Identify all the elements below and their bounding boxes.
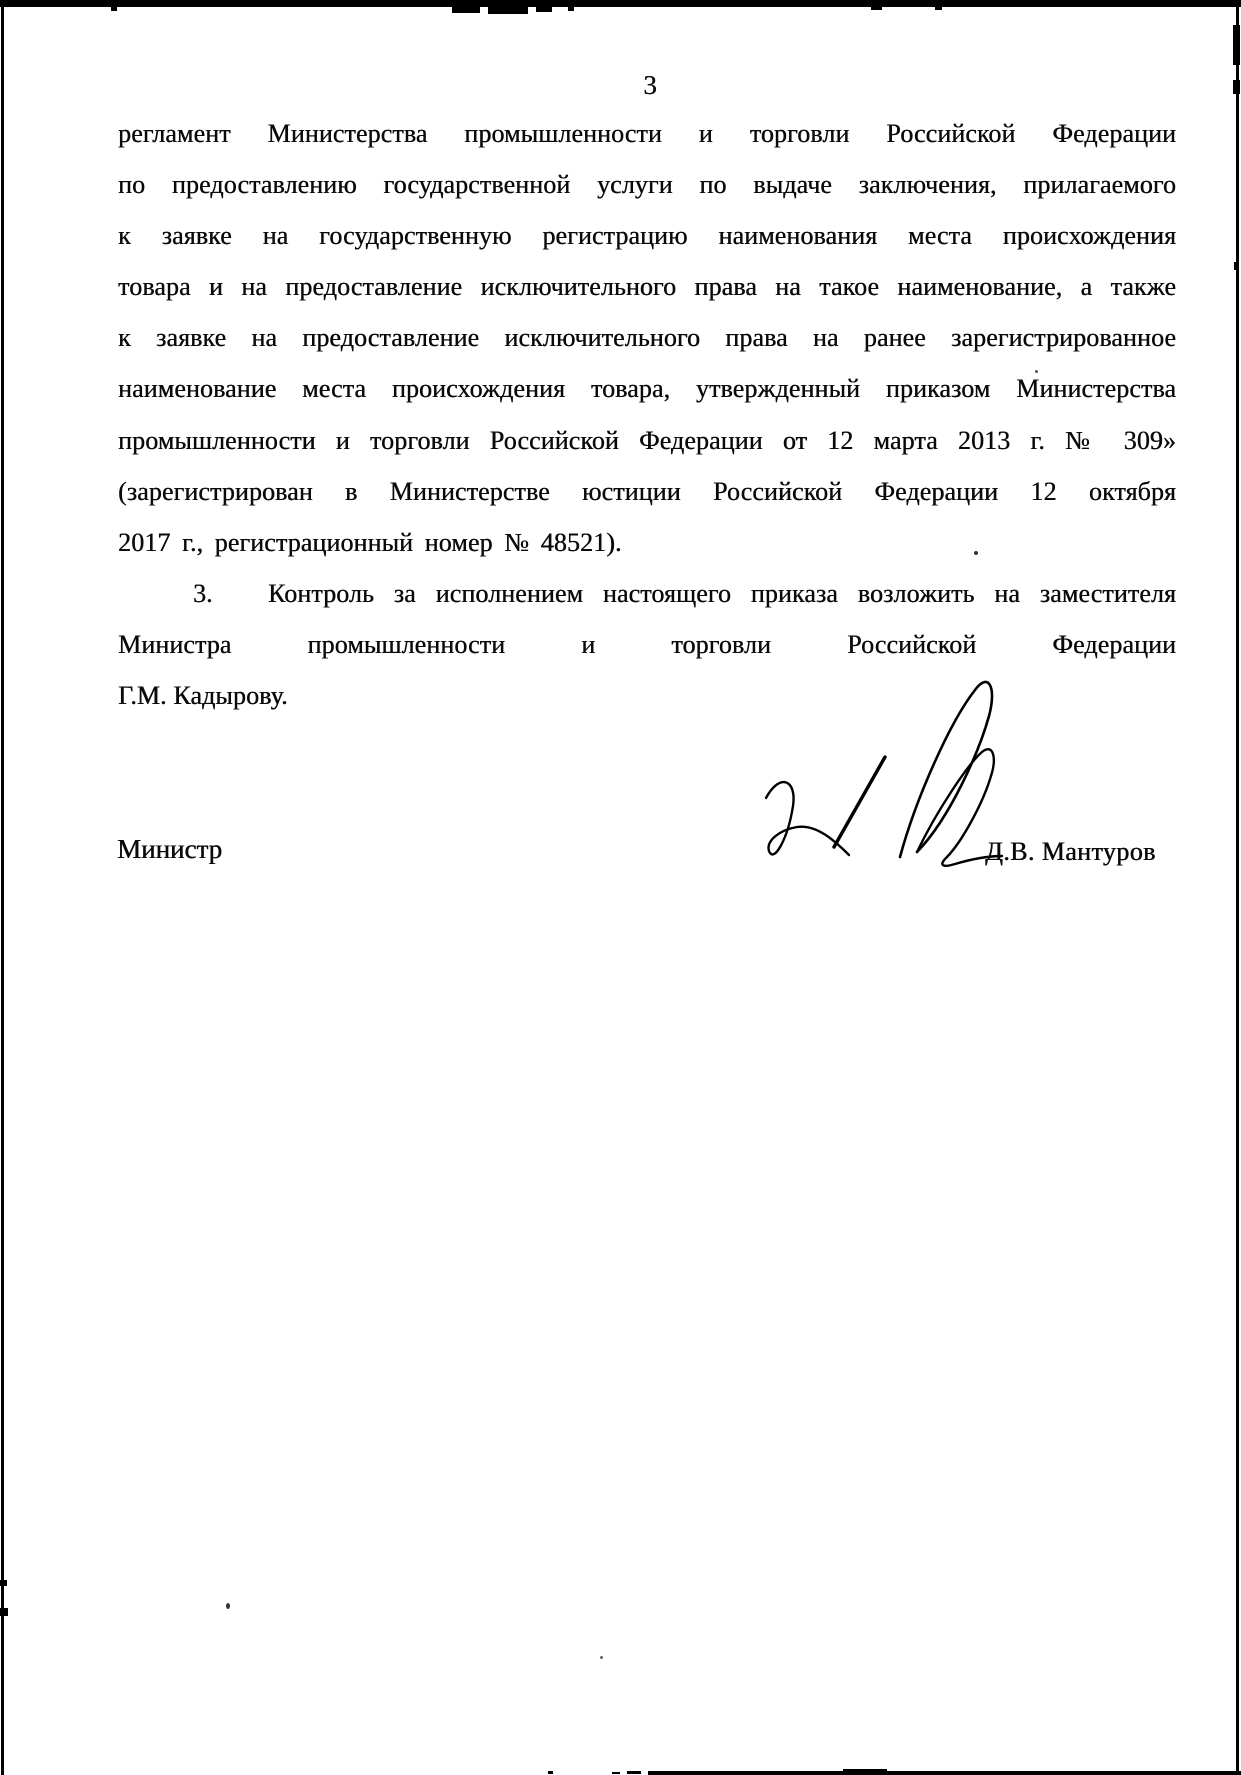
scan-border-left — [1, 0, 4, 1775]
body-line: 2017 г., регистрационный номер № 48521). — [118, 528, 1176, 558]
scan-noise — [0, 1608, 8, 1616]
scan-noise — [627, 1771, 641, 1774]
scan-border-bottom — [648, 1771, 1241, 1775]
scan-noise — [843, 1769, 887, 1775]
body-line: регламент Министерства промышленности и … — [118, 119, 1176, 149]
body-line: (зарегистрирован в Министерстве юстиции … — [118, 477, 1176, 507]
body-line: наименование места происхождения товара,… — [118, 374, 1176, 404]
scan-noise — [548, 1771, 553, 1774]
scan-speck — [600, 1656, 603, 1659]
body-line: к заявке на государственную регистрацию … — [118, 221, 1176, 251]
scanned-document-page: 3 регламент Министерства промышленности … — [0, 0, 1241, 1775]
scan-noise — [452, 6, 480, 13]
body-line: промышленности и торговли Российской Фед… — [118, 426, 1176, 456]
scan-noise — [111, 7, 117, 11]
body-line: по предоставлению государственной услуги… — [118, 170, 1176, 200]
scan-noise — [612, 1772, 620, 1774]
scan-noise — [536, 6, 552, 12]
body-line: Контроль за исполнением настоящего прика… — [268, 579, 1176, 609]
page-number: 3 — [600, 70, 700, 100]
scan-speck — [226, 1603, 230, 1609]
body-line: к заявке на предоставление исключительно… — [118, 323, 1176, 353]
scan-border-top — [0, 0, 1241, 7]
scan-noise — [0, 1580, 7, 1586]
paragraph-number: 3. — [193, 579, 213, 609]
body-line: Г.М. Кадырову. — [118, 681, 1176, 711]
signature-position-label: Министр — [117, 832, 222, 866]
scan-noise — [1233, 80, 1240, 94]
scan-noise — [568, 7, 574, 11]
scan-noise — [488, 5, 528, 14]
body-line: товара и на предоставление исключительно… — [118, 272, 1176, 302]
scan-noise — [871, 6, 882, 10]
signature-icon — [750, 668, 1012, 875]
scan-noise — [1233, 25, 1240, 65]
scan-speck — [1035, 370, 1038, 373]
signatory-name: Д.В. Мантуров — [985, 835, 1156, 869]
scan-noise — [1234, 262, 1239, 270]
body-line: Министра промышленности и торговли Росси… — [118, 630, 1176, 660]
scan-noise — [935, 7, 942, 10]
